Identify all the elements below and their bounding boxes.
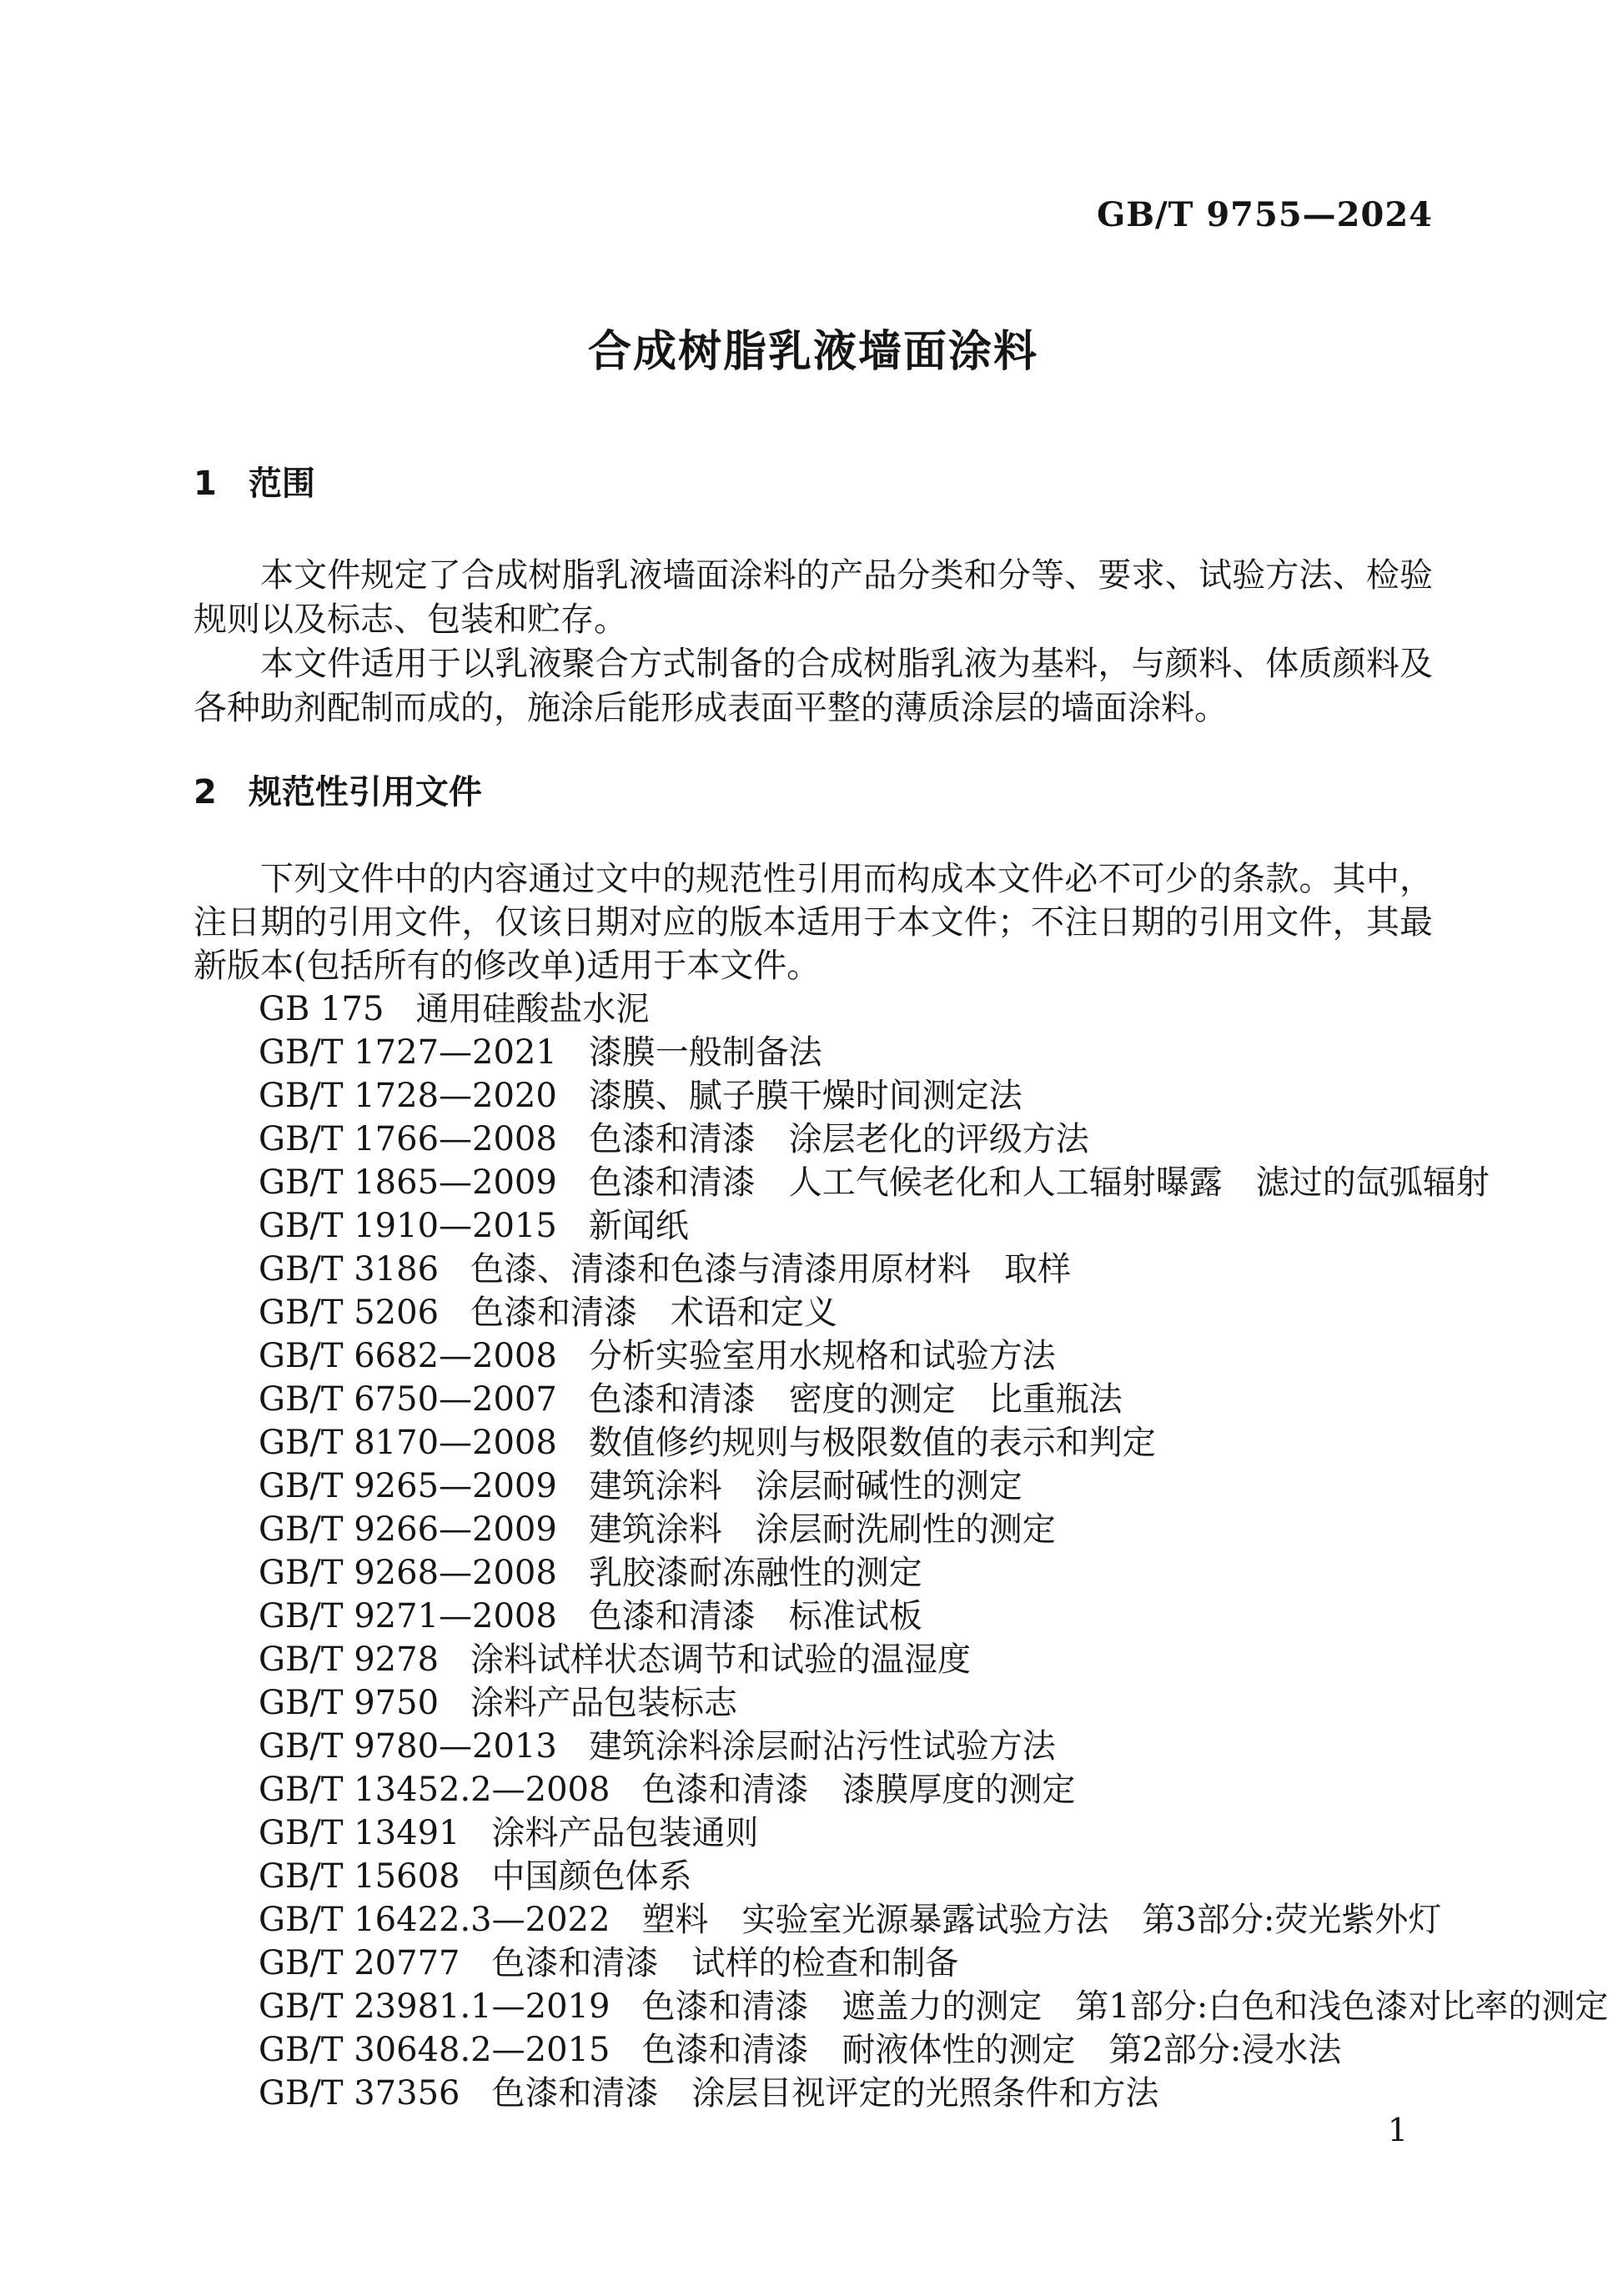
reference-title: 色漆和清漆 涂层目视评定的光照条件和方法: [491, 2074, 1158, 2113]
reference-item: GB/T 9278涂料试样状态调节和试验的温湿度: [193, 1638, 1433, 1681]
reference-code: GB/T 9268—2008: [259, 1554, 557, 1592]
reference-item: GB/T 3186色漆、清漆和色漆与清漆用原材料 取样: [193, 1248, 1433, 1291]
standard-code: GB/T 9755—2024: [193, 197, 1433, 234]
reference-item: GB/T 1728—2020漆膜、腻子膜干燥时间测定法: [193, 1074, 1433, 1118]
reference-title: 色漆和清漆 耐液体性的测定 第2部分:浸水法: [641, 2031, 1341, 2069]
reference-code: GB/T 1865—2009: [259, 1163, 557, 1202]
reference-item: GB/T 13491涂料产品包装通则: [193, 1811, 1433, 1855]
reference-item: GB/T 13452.2—2008色漆和清漆 漆膜厚度的测定: [193, 1768, 1433, 1811]
reference-code: GB/T 1766—2008: [259, 1120, 557, 1158]
scope-paragraph-2: 本文件适用于以乳液聚合方式制备的合成树脂乳液为基料，与颜料、体质颜料及各种助剂配…: [193, 642, 1433, 731]
reference-item: GB/T 9271—2008色漆和清漆 标准试板: [193, 1595, 1433, 1638]
reference-code: GB/T 6750—2007: [259, 1380, 557, 1419]
page-content: GB/T 9755—2024 合成树脂乳液墙面涂料 1范围 本文件规定了合成树脂…: [193, 0, 1433, 2115]
reference-title: 涂料产品包装标志: [470, 1684, 737, 1722]
reference-code: GB/T 9266—2009: [259, 1510, 557, 1549]
page-number: 1: [1388, 2113, 1408, 2148]
reference-item: GB/T 9268—2008乳胶漆耐冻融性的测定: [193, 1551, 1433, 1595]
section-1-heading: 1范围: [193, 464, 1433, 504]
reference-item: GB/T 6750—2007色漆和清漆 密度的测定 比重瓶法: [193, 1378, 1433, 1421]
reference-item: GB/T 23981.1—2019色漆和清漆 遮盖力的测定 第1部分:白色和浅色…: [193, 1985, 1433, 2028]
reference-title: 色漆和清漆 术语和定义: [470, 1294, 837, 1332]
reference-code: GB 175: [259, 990, 384, 1028]
reference-item: GB/T 9750涂料产品包装标志: [193, 1681, 1433, 1725]
reference-code: GB/T 15608: [259, 1857, 460, 1896]
reference-item: GB/T 8170—2008数值修约规则与极限数值的表示和判定: [193, 1421, 1433, 1465]
document-title: 合成树脂乳液墙面涂料: [193, 327, 1433, 377]
reference-title: 建筑涂料 涂层耐洗刷性的测定: [589, 1510, 1056, 1549]
reference-code: GB/T 20777: [259, 1944, 460, 1982]
reference-code: GB/T 23981.1—2019: [259, 1987, 610, 2026]
section-2-heading: 2规范性引用文件: [193, 772, 1433, 812]
reference-code: GB/T 8170—2008: [259, 1424, 557, 1462]
reference-item: GB/T 1910—2015新闻纸: [193, 1204, 1433, 1248]
scope-paragraph-1: 本文件规定了合成树脂乳液墙面涂料的产品分类和分等、要求、试验方法、检验规则以及标…: [193, 554, 1433, 642]
reference-item: GB/T 1727—2021漆膜一般制备法: [193, 1031, 1433, 1074]
reference-code: GB/T 13491: [259, 1814, 460, 1852]
reference-title: 塑料 实验室光源暴露试验方法 第3部分:荧光紫外灯: [641, 1901, 1441, 1939]
reference-code: GB/T 3186: [259, 1250, 439, 1289]
reference-code: GB/T 16422.3—2022: [259, 1901, 610, 1939]
reference-title: 涂料产品包装通则: [491, 1814, 758, 1852]
reference-item: GB/T 9266—2009建筑涂料 涂层耐洗刷性的测定: [193, 1508, 1433, 1551]
reference-code: GB/T 9780—2013: [259, 1727, 557, 1766]
references-list: GB 175通用硅酸盐水泥 GB/T 1727—2021漆膜一般制备法 GB/T…: [193, 987, 1433, 2115]
reference-title: 色漆和清漆 密度的测定 比重瓶法: [589, 1380, 1123, 1419]
reference-item: GB/T 9265—2009建筑涂料 涂层耐碱性的测定: [193, 1465, 1433, 1508]
reference-title: 色漆和清漆 遮盖力的测定 第1部分:白色和浅色漆对比率的测定: [641, 1987, 1608, 2026]
reference-title: 建筑涂料 涂层耐碱性的测定: [589, 1467, 1023, 1505]
reference-title: 涂料试样状态调节和试验的温湿度: [470, 1640, 971, 1679]
reference-title: 漆膜、腻子膜干燥时间测定法: [589, 1077, 1023, 1115]
reference-item: GB/T 15608中国颜色体系: [193, 1855, 1433, 1898]
reference-code: GB/T 1910—2015: [259, 1207, 557, 1245]
reference-code: GB/T 9750: [259, 1684, 439, 1722]
reference-code: GB/T 6682—2008: [259, 1337, 557, 1375]
reference-code: GB/T 5206: [259, 1294, 439, 1332]
reference-title: 色漆、清漆和色漆与清漆用原材料 取样: [470, 1250, 1071, 1289]
reference-item: GB/T 9780—2013建筑涂料涂层耐沾污性试验方法: [193, 1725, 1433, 1768]
reference-item: GB/T 1766—2008色漆和清漆 涂层老化的评级方法: [193, 1118, 1433, 1161]
reference-title: 通用硅酸盐水泥: [415, 990, 649, 1028]
section-2-number: 2: [193, 773, 217, 811]
reference-title: 色漆和清漆 标准试板: [589, 1597, 922, 1635]
reference-title: 数值修约规则与极限数值的表示和判定: [589, 1424, 1156, 1462]
document-page: GB/T 9755—2024 合成树脂乳液墙面涂料 1范围 本文件规定了合成树脂…: [0, 0, 1623, 2296]
section-2-title: 规范性引用文件: [249, 773, 482, 811]
reference-item: GB/T 20777色漆和清漆 试样的检查和制备: [193, 1942, 1433, 1985]
reference-title: 漆膜一般制备法: [589, 1033, 822, 1072]
reference-code: GB/T 1727—2021: [259, 1033, 557, 1072]
reference-title: 新闻纸: [589, 1207, 689, 1245]
reference-title: 中国颜色体系: [491, 1857, 691, 1896]
section-1-number: 1: [193, 465, 217, 503]
reference-code: GB/T 9265—2009: [259, 1467, 557, 1505]
reference-title: 乳胶漆耐冻融性的测定: [589, 1554, 922, 1592]
reference-code: GB/T 30648.2—2015: [259, 2031, 610, 2069]
reference-code: GB/T 9278: [259, 1640, 439, 1679]
reference-item: GB 175通用硅酸盐水泥: [193, 987, 1433, 1031]
reference-item: GB/T 1865—2009色漆和清漆 人工气候老化和人工辐射曝露 滤过的氙弧辐…: [193, 1161, 1433, 1204]
reference-code: GB/T 13452.2—2008: [259, 1771, 610, 1809]
reference-title: 色漆和清漆 漆膜厚度的测定: [641, 1771, 1075, 1809]
reference-title: 色漆和清漆 涂层老化的评级方法: [589, 1120, 1089, 1158]
reference-item: GB/T 37356色漆和清漆 涂层目视评定的光照条件和方法: [193, 2072, 1433, 2115]
reference-code: GB/T 37356: [259, 2074, 460, 2113]
reference-title: 分析实验室用水规格和试验方法: [589, 1337, 1056, 1375]
reference-item: GB/T 30648.2—2015色漆和清漆 耐液体性的测定 第2部分:浸水法: [193, 2028, 1433, 2072]
reference-item: GB/T 5206色漆和清漆 术语和定义: [193, 1291, 1433, 1334]
reference-title: 建筑涂料涂层耐沾污性试验方法: [589, 1727, 1056, 1766]
reference-code: GB/T 9271—2008: [259, 1597, 557, 1635]
reference-title: 色漆和清漆 人工气候老化和人工辐射曝露 滤过的氙弧辐射: [589, 1163, 1490, 1202]
reference-item: GB/T 6682—2008分析实验室用水规格和试验方法: [193, 1334, 1433, 1378]
reference-item: GB/T 16422.3—2022塑料 实验室光源暴露试验方法 第3部分:荧光紫…: [193, 1898, 1433, 1942]
reference-title: 色漆和清漆 试样的检查和制备: [491, 1944, 958, 1982]
references-intro: 下列文件中的内容通过文中的规范性引用而构成本文件必不可少的条款。其中，注日期的引…: [193, 857, 1433, 987]
reference-code: GB/T 1728—2020: [259, 1077, 557, 1115]
section-1-title: 范围: [249, 465, 315, 503]
